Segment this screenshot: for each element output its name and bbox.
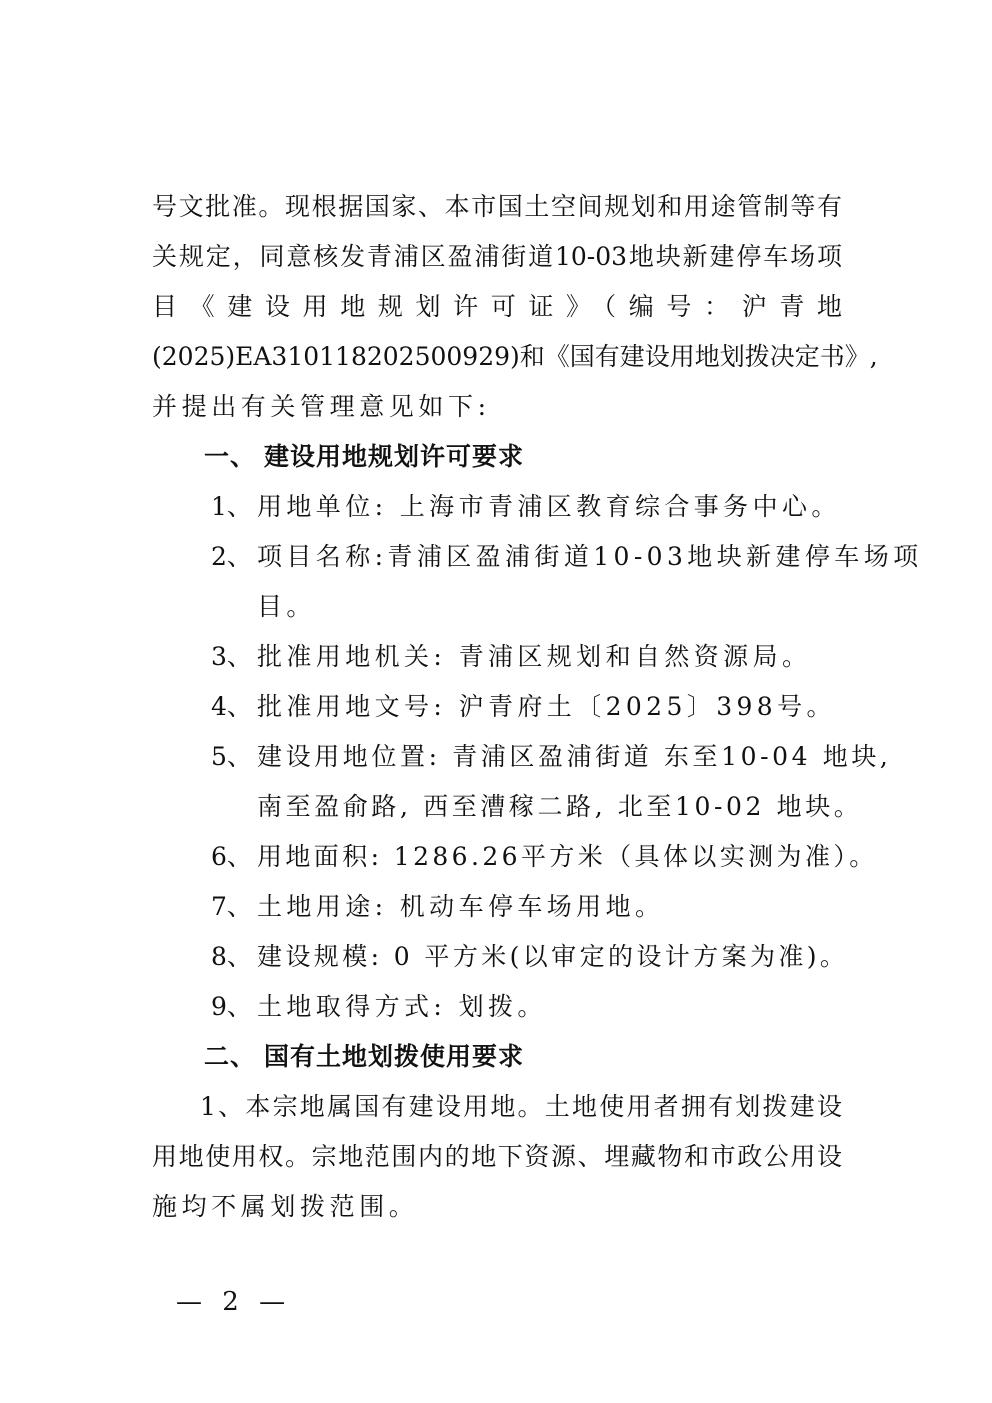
list-item-number: 5、 bbox=[211, 732, 257, 782]
list-item-5: 5、建设用地位置: 青浦区盈浦街道 东至10-04 地块, bbox=[211, 732, 891, 782]
list-item-7: 7、土地用途: 机动车停车场用地。 bbox=[211, 882, 664, 932]
section-2-paragraph-line-2: 用地使用权。宗地范围内的地下资源、埋藏物和市政公用设 bbox=[152, 1132, 842, 1182]
intro-line-1: 号文批准。现根据国家、本市国土空间规划和用途管制等有 bbox=[152, 182, 842, 232]
list-item-text: 批准用地文号: 沪青府土〔2025〕398号。 bbox=[257, 692, 836, 721]
page-number: — 2 — bbox=[176, 1282, 291, 1322]
section-2-heading: 二、国有土地划拨使用要求 bbox=[204, 1032, 524, 1082]
list-item-4: 4、批准用地文号: 沪青府土〔2025〕398号。 bbox=[211, 682, 836, 732]
list-item-2-continuation: 目。 bbox=[257, 582, 316, 632]
list-item-text: 用地单位: 上海市青浦区教育综合事务中心。 bbox=[257, 492, 841, 521]
section-1-number: 一、 bbox=[204, 432, 264, 482]
section-1-title: 建设用地规划许可要求 bbox=[264, 442, 524, 471]
intro-line-2: 关规定，同意核发青浦区盈浦街道10-03地块新建停车场项 bbox=[152, 232, 842, 282]
list-item-number: 6、 bbox=[211, 832, 257, 882]
list-item-number: 2、 bbox=[211, 532, 257, 582]
list-item-number: 8、 bbox=[211, 932, 257, 982]
section-2-title: 国有土地划拨使用要求 bbox=[264, 1042, 524, 1071]
list-item-1: 1、用地单位: 上海市青浦区教育综合事务中心。 bbox=[211, 482, 841, 532]
list-item-text: 土地取得方式: 划拨。 bbox=[257, 992, 547, 1021]
list-item-number: 7、 bbox=[211, 882, 257, 932]
list-item-text: 项目名称:青浦区盈浦街道10-03地块新建停车场项 bbox=[257, 542, 923, 571]
list-item-number: 1、 bbox=[211, 482, 257, 532]
section-1-heading: 一、建设用地规划许可要求 bbox=[204, 432, 524, 482]
document-page: 号文批准。现根据国家、本市国土空间规划和用途管制等有 关规定，同意核发青浦区盈浦… bbox=[0, 0, 992, 1403]
list-item-2: 2、项目名称:青浦区盈浦街道10-03地块新建停车场项 bbox=[211, 532, 923, 582]
list-item-text: 批准用地机关: 青浦区规划和自然资源局。 bbox=[257, 642, 811, 671]
list-item-number: 4、 bbox=[211, 682, 257, 732]
intro-line-4: (2025)EA310118202500929)和《国有建设用地划拨决定书》, bbox=[152, 332, 842, 382]
intro-line-3: 目《建设用地规划许可证》（编号：沪青地 bbox=[152, 282, 842, 332]
list-item-3: 3、批准用地机关: 青浦区规划和自然资源局。 bbox=[211, 632, 811, 682]
list-item-5-continuation: 南至盈俞路, 西至漕稼二路, 北至10-02 地块。 bbox=[257, 782, 862, 832]
section-2-number: 二、 bbox=[204, 1032, 264, 1082]
list-item-text: 建设规模: 0 平方米(以审定的设计方案为准)。 bbox=[257, 942, 848, 971]
list-item-text: 用地面积: 1286.26平方米（具体以实测为准）。 bbox=[257, 842, 878, 871]
list-item-8: 8、建设规模: 0 平方米(以审定的设计方案为准)。 bbox=[211, 932, 848, 982]
section-2-paragraph-line-3: 施均不属划拨范围。 bbox=[152, 1182, 842, 1232]
list-item-number: 3、 bbox=[211, 632, 257, 682]
list-item-6: 6、用地面积: 1286.26平方米（具体以实测为准）。 bbox=[211, 832, 878, 882]
intro-line-5: 并提出有关管理意见如下: bbox=[152, 382, 842, 432]
list-item-text: 建设用地位置: 青浦区盈浦街道 东至10-04 地块, bbox=[257, 742, 891, 771]
list-item-text: 土地用途: 机动车停车场用地。 bbox=[257, 892, 664, 921]
list-item-9: 9、土地取得方式: 划拨。 bbox=[211, 982, 547, 1032]
list-item-number: 9、 bbox=[211, 982, 257, 1032]
section-2-paragraph-line-1: 1、本宗地属国有建设用地。土地使用者拥有划拨建设 bbox=[200, 1082, 842, 1132]
